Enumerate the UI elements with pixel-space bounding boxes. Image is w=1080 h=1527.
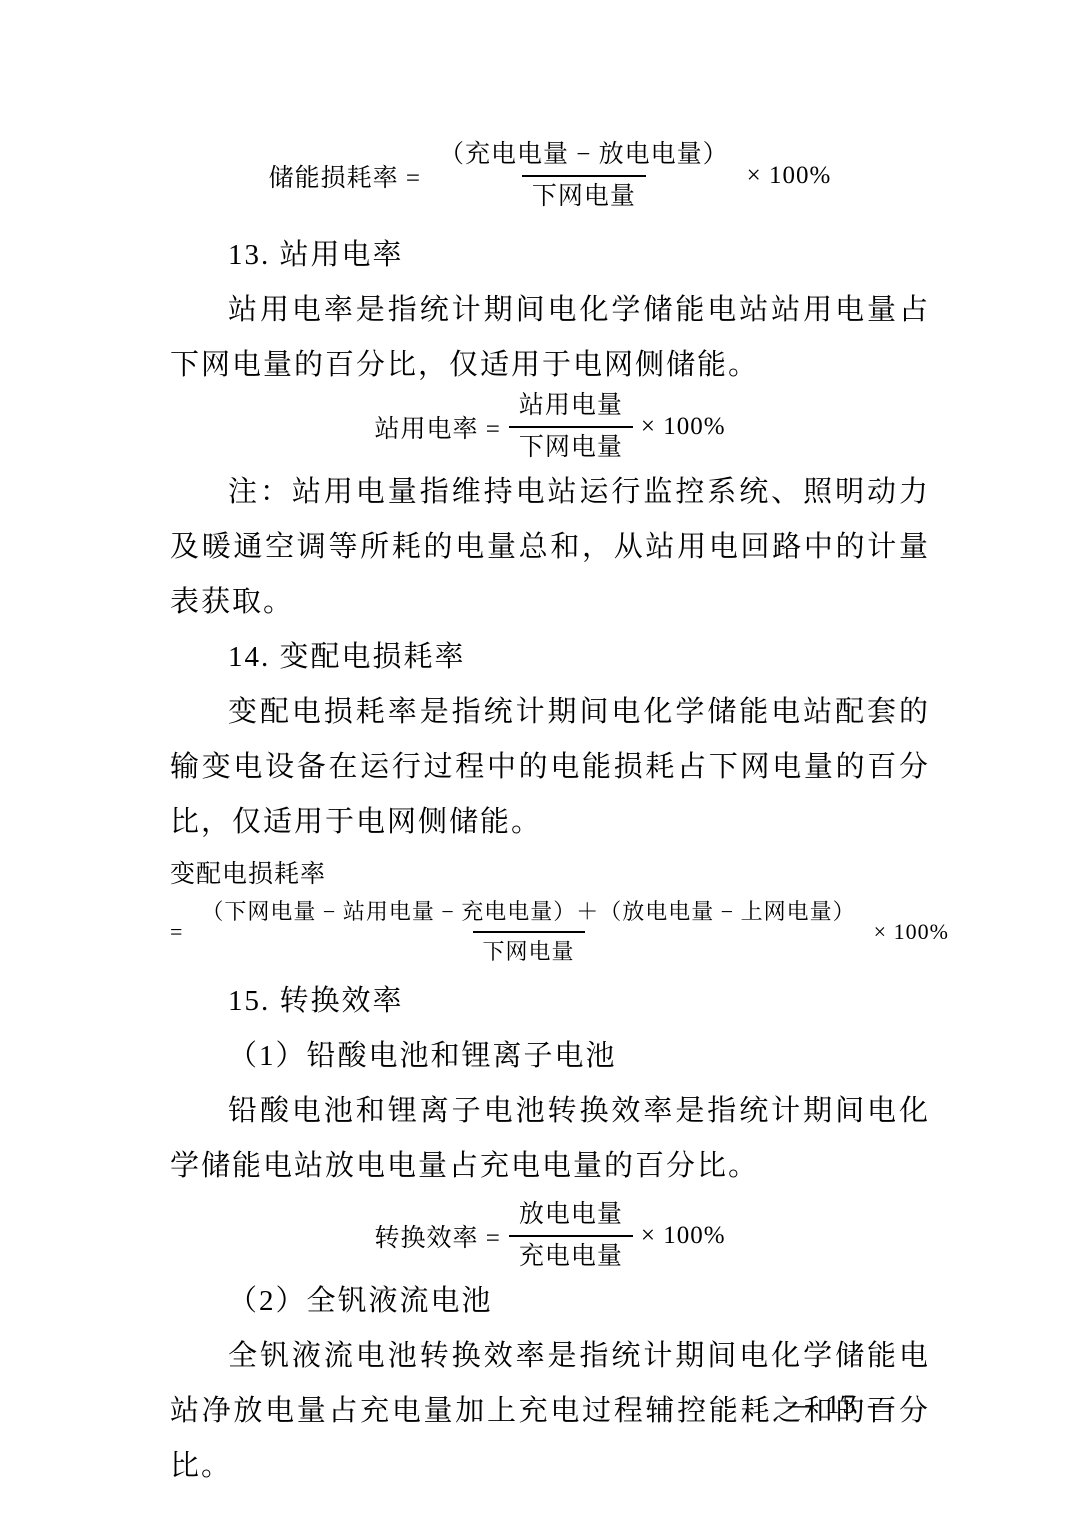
para-13: 站用电率是指统计期间电化学储能电站站用电量占下网电量的百分比，仅适用于电网侧储能… xyxy=(170,283,930,393)
fraction: （充电电量 − 放电电量） 下网电量 xyxy=(429,138,739,214)
fraction-denominator: 下网电量 xyxy=(509,426,633,465)
formula-lhs: 转换效率 = xyxy=(374,1218,500,1254)
formula-rhs: × 100% xyxy=(641,413,726,441)
fraction: 放电电量 充电电量 xyxy=(509,1198,633,1274)
formula-station-power-rate: 站用电率 = 站用电量 下网电量 × 100% xyxy=(170,389,930,465)
heading-15: 15. 转换效率 xyxy=(170,974,930,1029)
heading-13: 13. 站用电率 xyxy=(170,228,930,283)
para-15-1: 铅酸电池和锂离子电池转换效率是指统计期间电化学储能电站放电电量占充电电量的百分比… xyxy=(170,1084,930,1194)
fraction-denominator: 下网电量 xyxy=(473,931,585,968)
fraction: 站用电量 下网电量 xyxy=(509,389,633,465)
page-number: — 15 — xyxy=(788,1390,897,1420)
formula-storage-loss-rate: 储能损耗率 = （充电电量 − 放电电量） 下网电量 × 100% xyxy=(170,138,930,214)
note-13: 注：站用电量指维持电站运行监控系统、照明动力及暖通空调等所耗的电量总和，从站用电… xyxy=(170,465,930,630)
fraction-numerator: 站用电量 xyxy=(509,389,633,426)
fraction-numerator: （充电电量 − 放电电量） xyxy=(429,138,739,175)
heading-14: 14. 变配电损耗率 xyxy=(170,630,930,685)
formula-rhs: × 100% xyxy=(874,919,949,945)
subheading-15-1: （1）铅酸电池和锂离子电池 xyxy=(170,1029,930,1084)
formula-rhs: × 100% xyxy=(641,1222,726,1250)
formula-transformer-loss-rate: = （下网电量 − 站用电量 − 充电电量）＋（放电电量 − 上网电量） 下网电… xyxy=(170,896,930,968)
document-page: 储能损耗率 = （充电电量 − 放电电量） 下网电量 × 100% 13. 站用… xyxy=(0,0,1080,1527)
fraction-denominator: 下网电量 xyxy=(522,175,646,214)
formula-lhs: 站用电率 = xyxy=(374,409,500,445)
fraction: （下网电量 − 站用电量 − 充电电量）＋（放电电量 − 上网电量） 下网电量 xyxy=(191,896,865,968)
formula-lhs: 储能损耗率 = xyxy=(269,158,421,194)
para-14: 变配电损耗率是指统计期间电化学储能电站配套的输变电设备在运行过程中的电能损耗占下… xyxy=(170,685,930,850)
formula-conversion-efficiency: 转换效率 = 放电电量 充电电量 × 100% xyxy=(170,1198,930,1274)
fraction-denominator: 充电电量 xyxy=(509,1235,633,1274)
formula-rhs: × 100% xyxy=(747,162,832,190)
fraction-numerator: 放电电量 xyxy=(509,1198,633,1235)
formula-transformer-loss-label: 变配电损耗率 xyxy=(170,856,930,894)
formula-equals: = xyxy=(170,919,183,945)
fraction-numerator: （下网电量 − 站用电量 − 充电电量）＋（放电电量 − 上网电量） xyxy=(191,896,865,931)
subheading-15-2: （2）全钒液流电池 xyxy=(170,1274,930,1329)
